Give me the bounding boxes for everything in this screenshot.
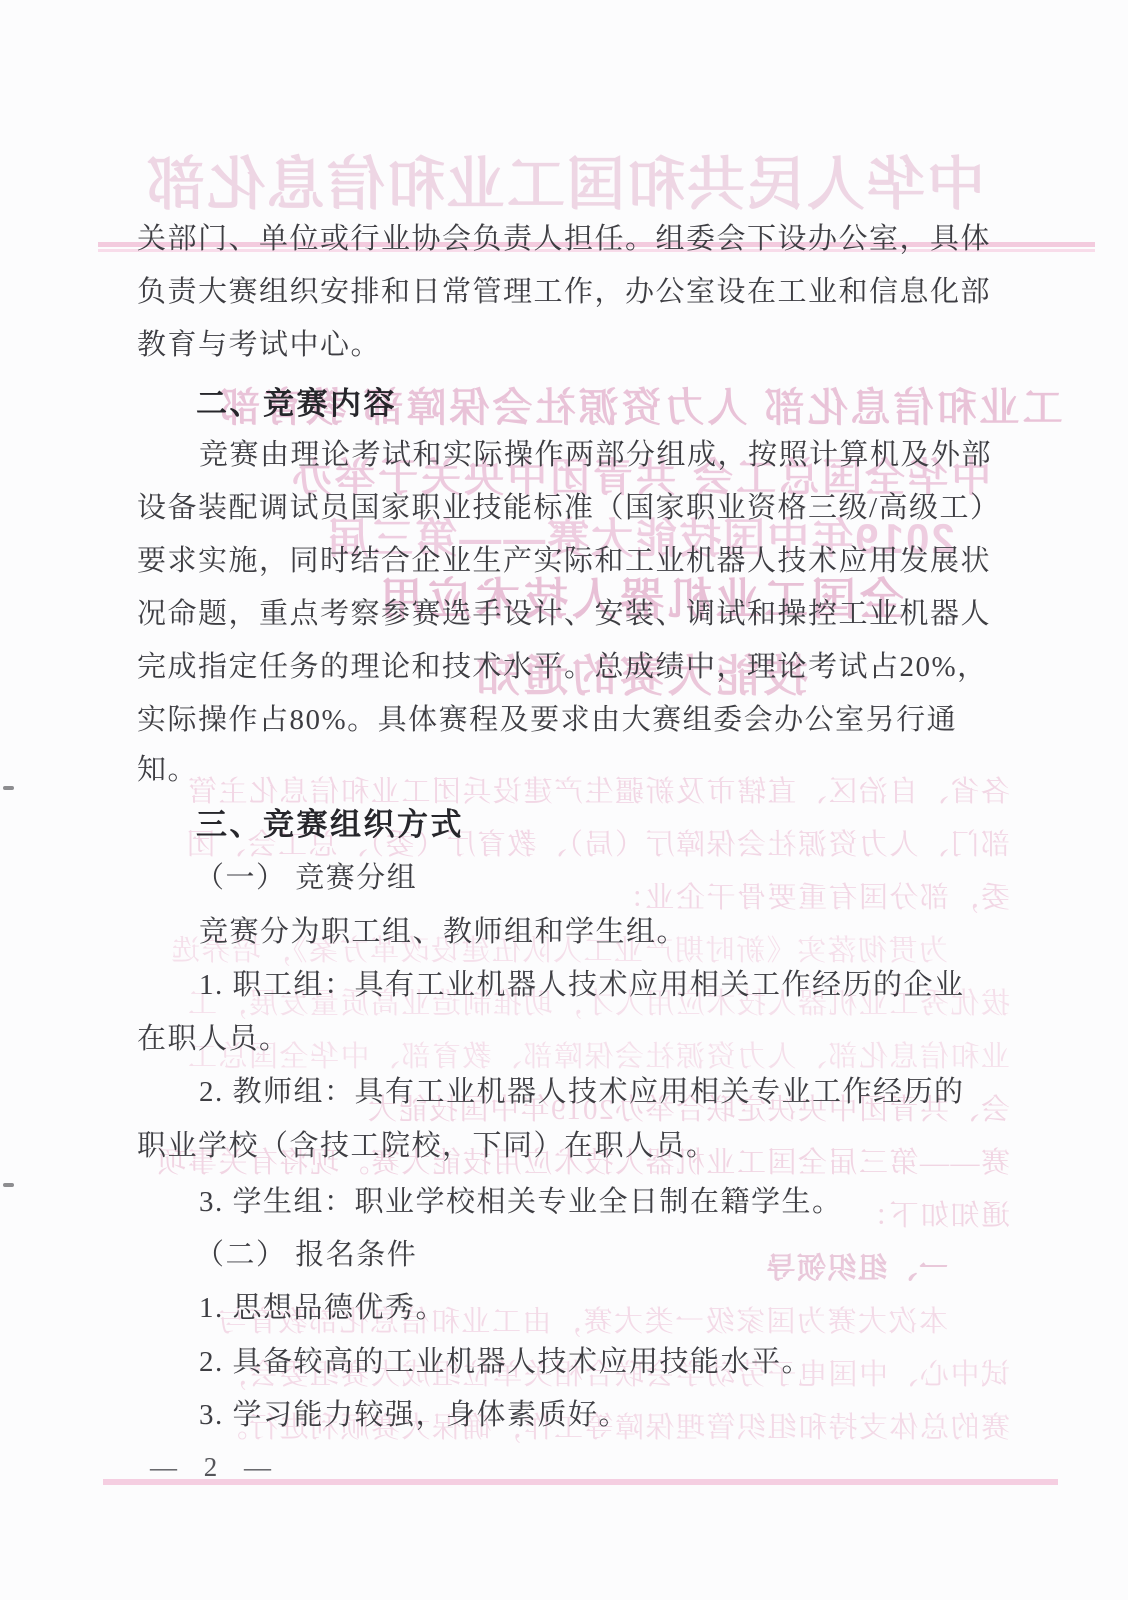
body-line: 教育与考试中心。 xyxy=(137,331,381,360)
body-line: 况命题，重点考察参赛选手设计、安装、调试和操控工业机器人 xyxy=(137,600,991,629)
body-line: 竞赛由理论考试和实际操作两部分组成，按照计算机及外部 xyxy=(199,441,992,470)
list-item-line: 3. 学习能力较强，身体素质好。 xyxy=(199,1401,629,1430)
list-item-line: 3. 学生组：职业学校相关专业全日制在籍学生。 xyxy=(199,1188,843,1217)
scan-artifact xyxy=(3,786,14,790)
section-heading-3: 三、竞赛组织方式 xyxy=(196,809,464,840)
body-line: 职业学校（含技工院校，下同）在职人员。 xyxy=(137,1132,717,1161)
page-number: — 2 — xyxy=(150,1452,281,1483)
scanned-document-page: 中华人民共和国工业和信息化部 工业和信息化部 人力资源社会保障部 教育部 中华全… xyxy=(0,0,1128,1600)
body-line: 实际操作占80%。具体赛程及要求由大赛组委会办公室另行通 xyxy=(137,706,957,735)
subsection-heading: （一） 竞赛分组 xyxy=(195,864,417,893)
bleed-body-line: 委，部分国有重要骨干企业： xyxy=(30,884,1024,913)
body-line: 完成指定任务的理论和技术水平。总成绩中，理论考试占20%， xyxy=(137,653,988,682)
body-line: 负责大赛组织安排和日常管理工作，办公室设在工业和信息化部 xyxy=(137,278,991,307)
subsection-heading: （二） 报名条件 xyxy=(195,1241,417,1270)
bleed-body-line: 本次大赛为国家级一类大赛，由工业和信息化部教育与 xyxy=(30,1308,1024,1337)
body-line: 要求实施，同时结合企业生产实际和工业机器人技术应用发展状 xyxy=(137,547,991,576)
bleed-body-line: 部门、人力资源社会保障厅（局）、教育厅（委）、总工会、团 xyxy=(30,831,1024,860)
list-item-line: 1. 思想品德优秀。 xyxy=(199,1294,446,1323)
section-heading-2: 二、竞赛内容 xyxy=(196,388,397,419)
body-line: 竞赛分为职工组、教师组和学生组。 xyxy=(199,918,687,947)
body-line: 关部门、单位或行业协会负责人担任。组委会下设办公室，具体 xyxy=(137,225,991,254)
list-item-line: 2. 教师组：具有工业机器人技术应用相关专业工作经历的 xyxy=(199,1078,965,1107)
body-line: 知。 xyxy=(137,756,198,785)
bleed-ministry-title: 中华人民共和国工业和信息化部 xyxy=(45,156,1085,214)
scan-artifact xyxy=(3,1183,14,1187)
body-line: 在职人员。 xyxy=(137,1025,290,1054)
bleed-section-heading: 一、组织领导 xyxy=(30,1255,1024,1284)
list-item-line: 1. 职工组：具有工业机器人技术应用相关工作经历的企业 xyxy=(199,971,965,1000)
body-line: 设备装配调试员国家职业技能标准（国家职业资格三级/高级工） xyxy=(137,494,1001,523)
list-item-line: 2. 具备较高的工业机器人技术应用技能水平。 xyxy=(199,1348,812,1377)
